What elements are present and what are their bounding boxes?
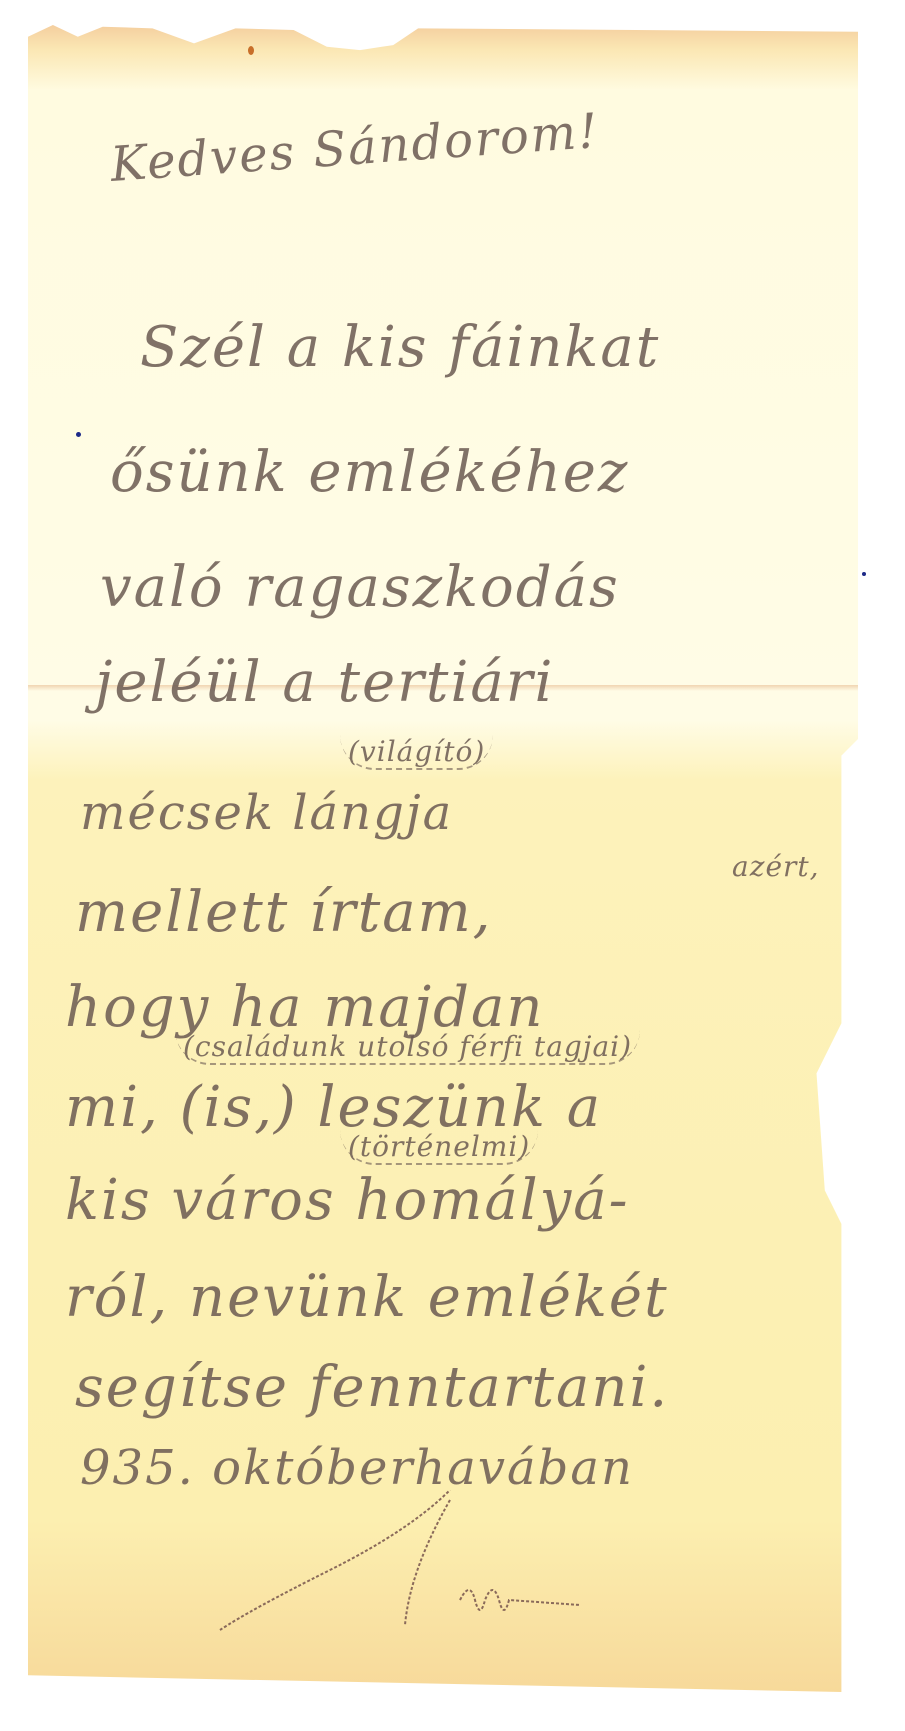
insertion-csaladunk: (családunk utolsó férfi tagjai) (175, 1030, 640, 1065)
signature: Am (210, 1490, 590, 1640)
insertion-azert: azért, (732, 850, 820, 883)
ink-dot (76, 432, 81, 437)
letter-line-1: Szél a kis fáinkat (140, 315, 660, 380)
letter-line-10: ról, nevünk emlékét (65, 1265, 669, 1330)
letter-line-4: jeléül a tertiári (95, 650, 554, 715)
letter-line-5: mécsek lángja (80, 785, 453, 841)
letter-line-11: segítse fenntartani. (75, 1355, 669, 1420)
paper-stain (248, 46, 254, 55)
letter-line-3: való ragaszkodás (100, 555, 620, 620)
letter-line-6: mellett írtam, (75, 880, 492, 945)
ink-dot (862, 572, 866, 576)
letter-line-9: kis város homályá- (65, 1168, 630, 1233)
signature-stroke-icon (210, 1490, 590, 1640)
insertion-tortenelmi: (történelmi) (340, 1130, 538, 1165)
letter-line-2: ősünk emlékéhez (110, 440, 629, 505)
letter-date-line: 935. októberhavában (80, 1440, 634, 1496)
insertion-vilagito: (világító) (340, 735, 493, 770)
